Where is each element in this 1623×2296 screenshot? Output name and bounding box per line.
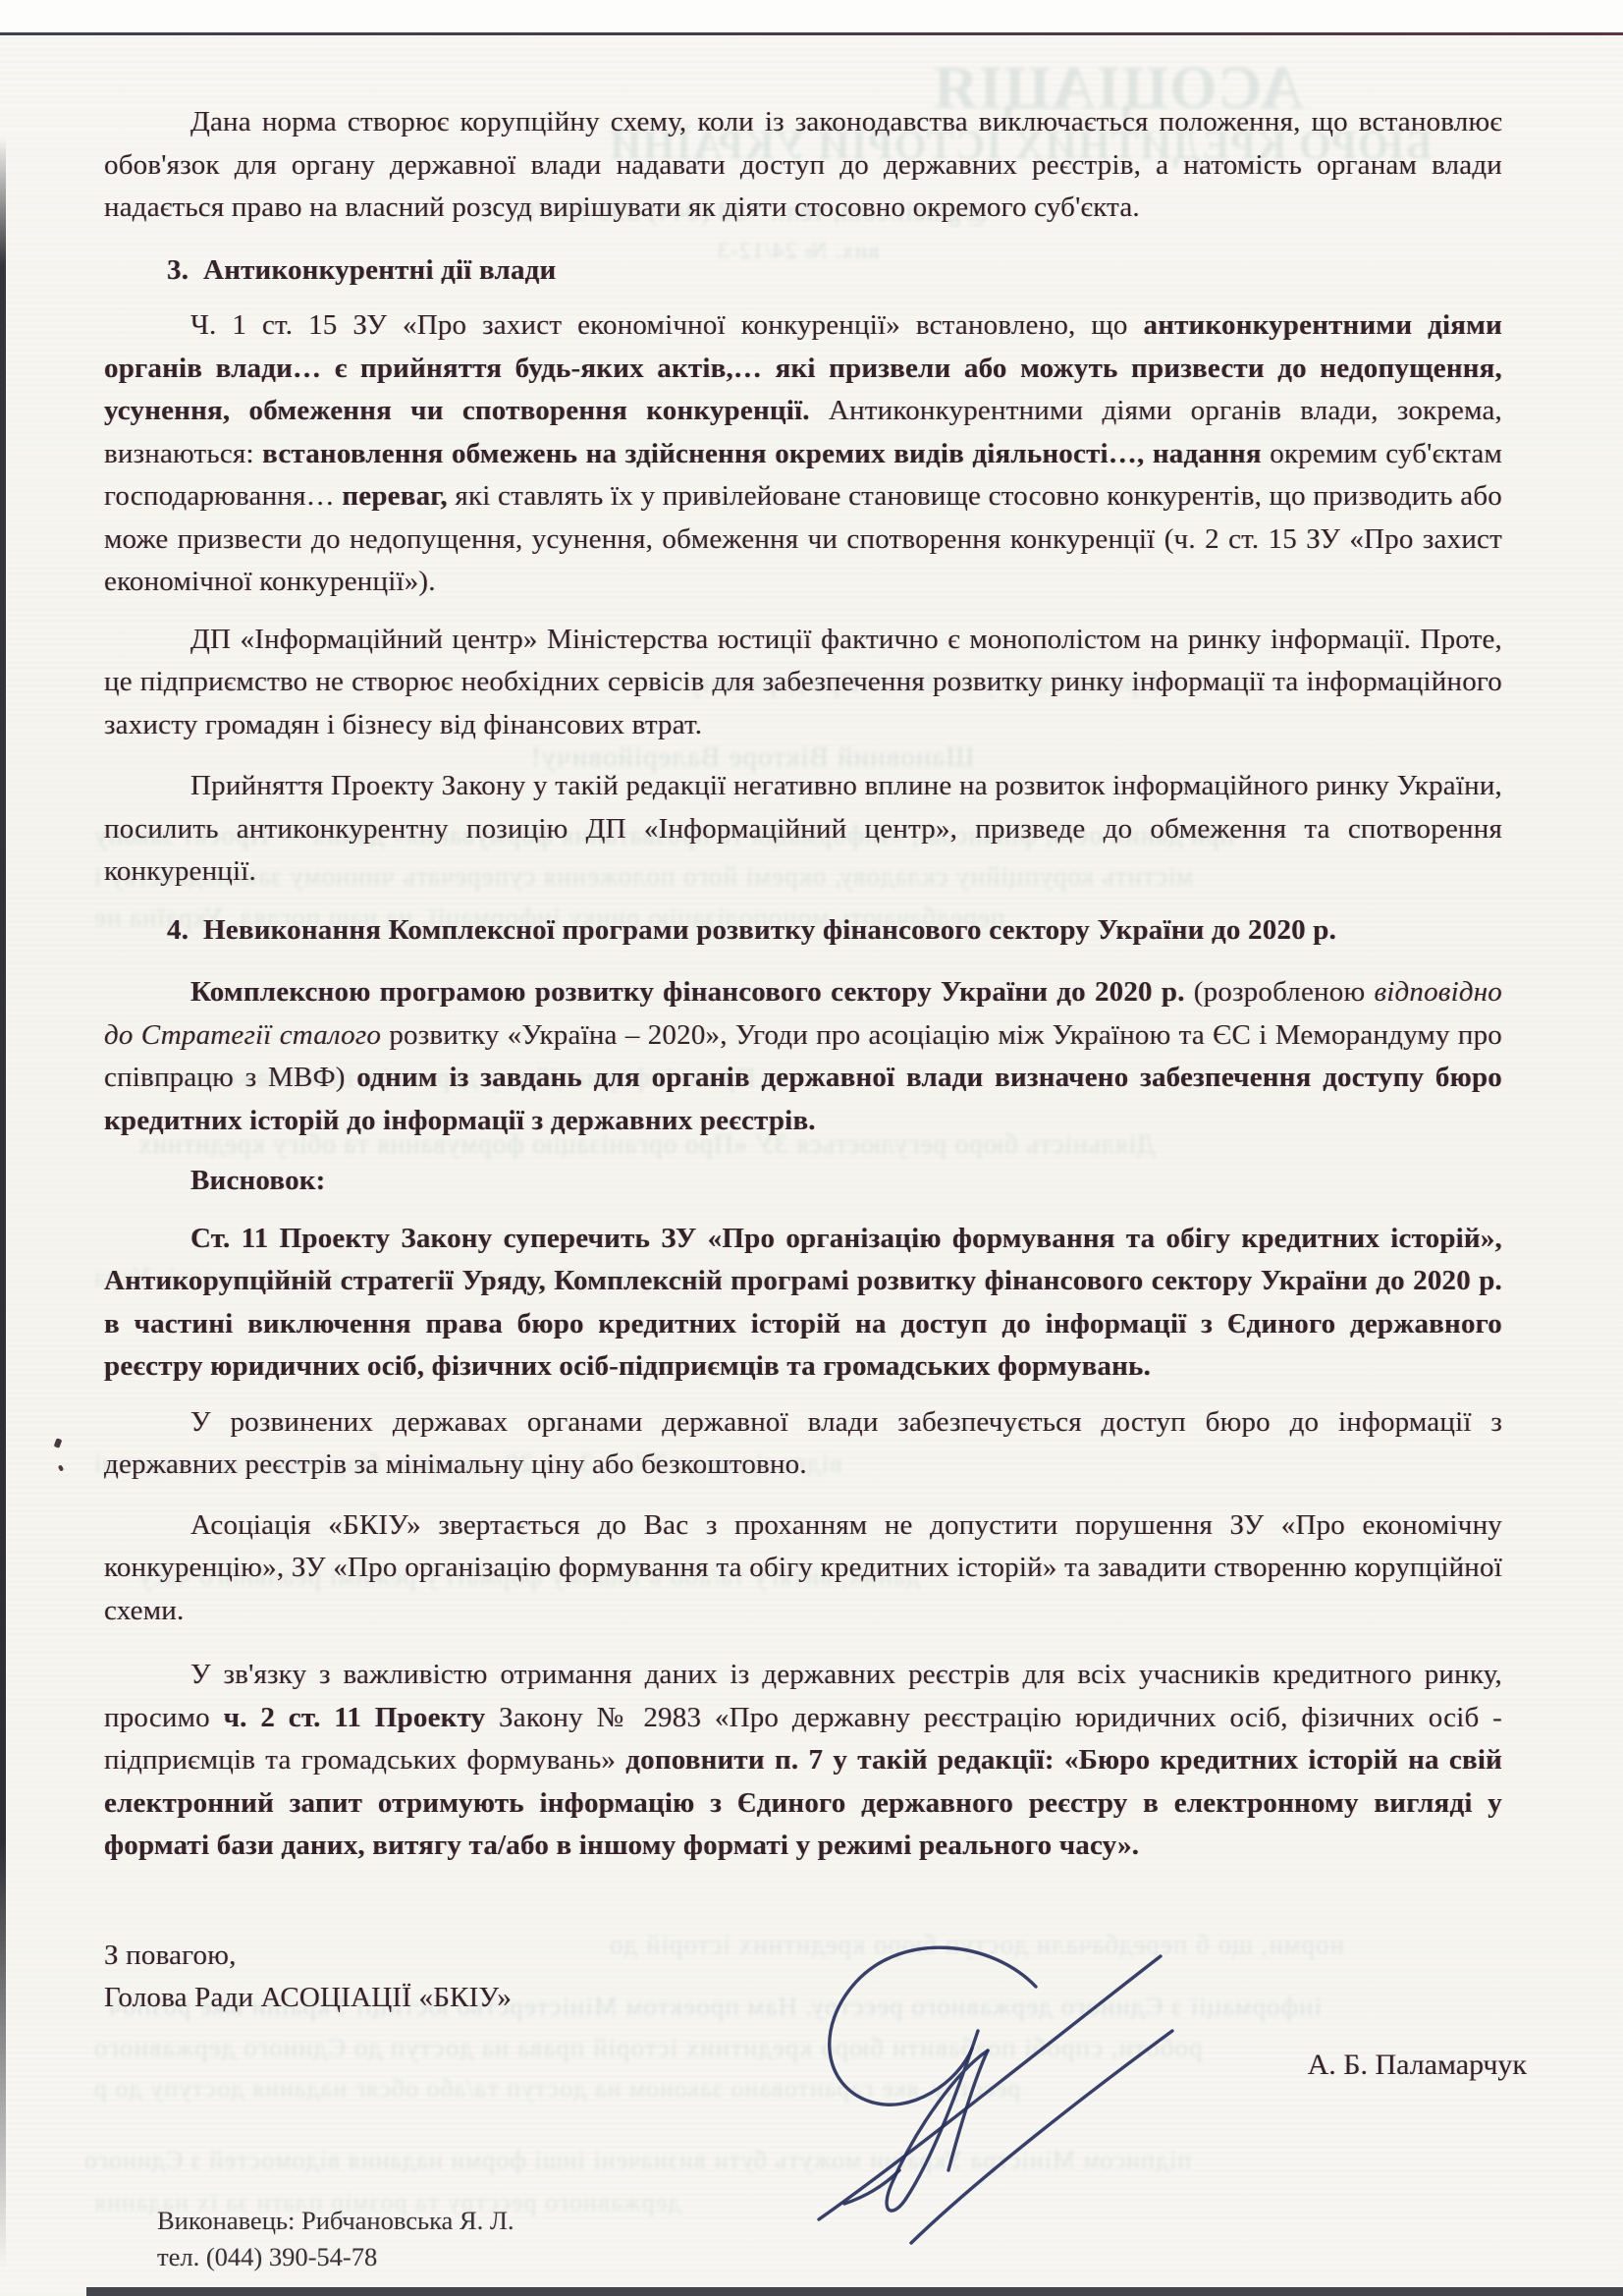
paragraph-anticompetitive-actions: Ч. 1 ст. 15 ЗУ «Про захист економічної к… [104,304,1502,604]
paragraph-information-center-monopoly: ДП «Інформаційний центр» Міністерства юс… [104,619,1502,747]
heading-3: 3. Антиконкурентні дії влади [104,249,1502,293]
executor-phone: тел. (044) 390-54-78 [157,2239,514,2275]
scanned-letter-page: АСОЦІАЦІЯБЮРО КРЕДИТНИХ ІСТОРІЙ УКРАЇНИ@… [0,0,1623,2296]
signer-name: А. Б. Паламарчук [1308,2049,1527,2082]
handwritten-signature [785,1913,1198,2252]
paragraph-comprehensive-program: Комплексною програмою розвитку фінансово… [104,971,1502,1142]
paragraph-conclusion: Ст. 11 Проекту Закону суперечить ЗУ «Про… [104,1218,1502,1389]
heading-4: 4. Невиконання Комплексної програми розв… [104,909,1502,953]
paragraph-association-request: Асоціація «БКІУ» звертається до Вас з пр… [104,1504,1502,1633]
paragraph-amendment-request: У зв'язку з важливістю отримання даних і… [104,1654,1502,1868]
paragraph-corruption-scheme: Дана норма створює корупційну схему, кол… [104,101,1502,230]
document-body: Дана норма створює корупційну схему, кол… [104,59,1502,2020]
paragraph-developed-countries: У розвинених державах органами державної… [104,1401,1502,1487]
heading-conclusion: Висновок: [104,1160,1502,1203]
executor-line: Виконавець: Рибчановська Я. Л. [157,2203,514,2239]
executor-footer: Виконавець: Рибчановська Я. Л. тел. (044… [157,2203,514,2275]
paragraph-negative-impact: Прийняття Проекту Закону у такій редакці… [104,765,1502,894]
